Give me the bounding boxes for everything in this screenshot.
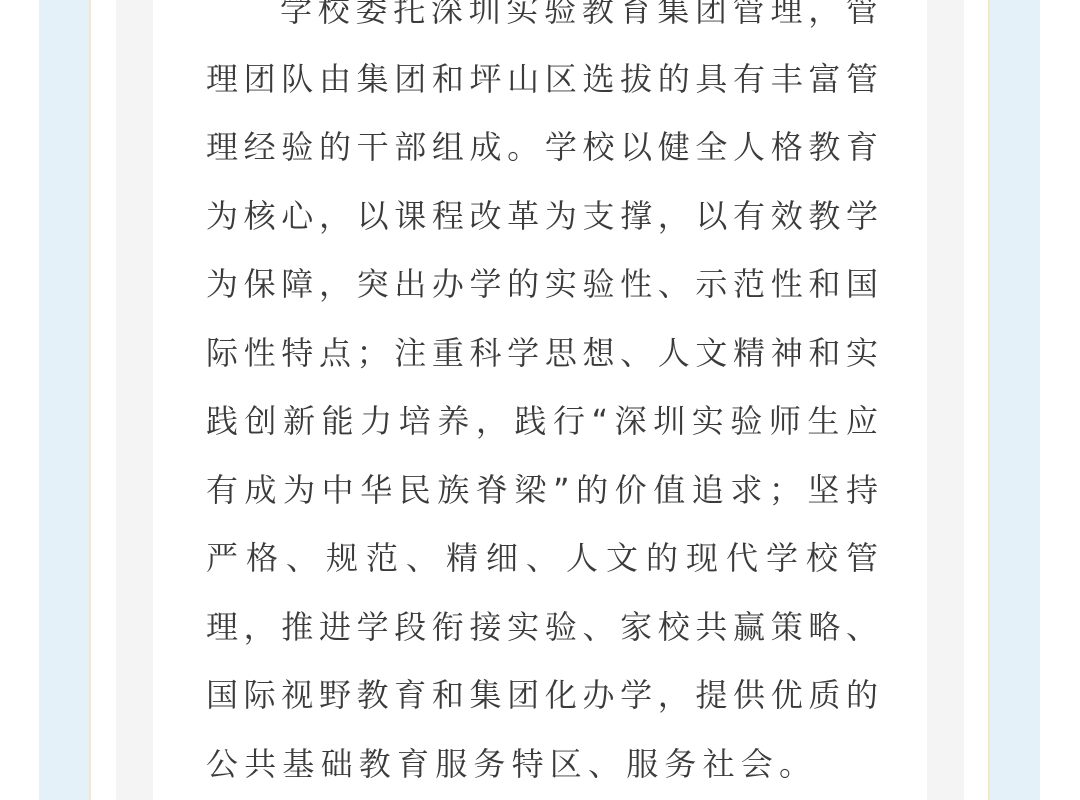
right-inner-gray-border: [927, 0, 964, 800]
paragraph-line: 理团队由集团和坪山区选拔的具有丰富管: [206, 45, 878, 114]
left-frame-blue-border: [39, 0, 89, 800]
paragraph-line: 学校委托深圳实验教育集团管理，管: [206, 0, 878, 45]
paragraph-line: 公共基础教育服务特区、服务社会。: [206, 730, 878, 799]
right-frame-blue-border: [990, 0, 1040, 800]
paragraph-line: 理经验的干部组成。学校以健全人格教育: [206, 113, 878, 182]
left-frame-cream-line: [89, 0, 91, 800]
paragraph-line: 理，推进学段衔接实验、家校共赢策略、: [206, 593, 878, 662]
article-paragraph: 学校委托深圳实验教育集团管理，管 理团队由集团和坪山区选拔的具有丰富管 理经验的…: [206, 0, 878, 798]
paragraph-line: 有成为中华民族脊梁”的价值追求；坚持: [206, 456, 878, 525]
paragraph-line: 为核心，以课程改革为支撑，以有效教学: [206, 182, 878, 251]
paragraph-line: 践创新能力培养，践行“深圳实验师生应: [206, 387, 878, 456]
left-inner-gray-border: [116, 0, 153, 800]
paragraph-line: 际性特点；注重科学思想、人文精神和实: [206, 319, 878, 388]
paragraph-line: 国际视野教育和集团化办学，提供优质的: [206, 661, 878, 730]
paragraph-line: 严格、规范、精细、人文的现代学校管: [206, 524, 878, 593]
paragraph-line: 为保障，突出办学的实验性、示范性和国: [206, 250, 878, 319]
